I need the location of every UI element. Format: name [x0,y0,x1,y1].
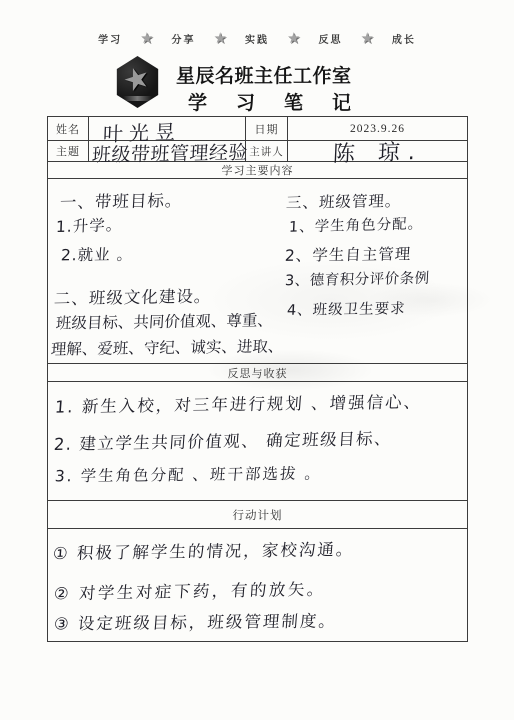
reflection-content-area: 1. 新生入校，对三年进行规划 、增强信心、 2. 建立学生共同价值观、 确定班… [48,382,467,501]
scanned-study-notes-page: 学习 ★ 分享 ★ 实践 ★ 反思 ★ 成长 ★ 星辰名班主任工作室 学习笔记 … [0,0,514,720]
handwritten-line: ① 积极了解学生的情况，家校沟通。 [52,536,355,564]
motto-word-practice: 实践 [245,31,269,46]
star-icon: ★ [140,31,153,46]
topic-handwritten-value: 班级带班管理经验 [91,138,248,168]
motto-word-study: 学习 [98,31,122,46]
name-label: 姓名 [48,117,89,140]
handwritten-line: ③ 设定班级目标，班级管理制度。 [53,608,338,635]
handwritten-line: 4、班级卫生要求 [286,297,406,320]
row-topic-speaker: 主题 班级带班管理经验 主讲人 陈 琼. [48,141,467,162]
logo-band [123,96,152,101]
main-content-area: 一、带班目标。 1.升学。 2.就业 。 二、班级文化建设。 班级目标、共同价值… [48,179,467,364]
speaker-handwritten-value: 陈 琼. [332,134,423,167]
handwritten-line: 1. 新生入校，对三年进行规划 、增强信心、 [54,388,423,417]
workshop-logo-badge: ★ [114,56,161,108]
action-plan-content-area: ① 积极了解学生的情况，家校沟通。 ② 对学生对症下药，有的放矢。 ③ 设定班级… [48,529,467,643]
handwritten-line: 2、学生自主管理 [284,242,412,266]
logo-star-icon: ★ [119,62,154,99]
handwritten-line: 3、德育积分评价条例 [284,267,430,291]
handwritten-line: 1、学生角色分配。 [289,212,424,237]
motto-strip: 学习 ★ 分享 ★ 实践 ★ 反思 ★ 成长 [0,31,514,46]
handwritten-line: ② 对学生对症下药，有的放矢。 [53,576,327,605]
speaker-label: 主讲人 [246,141,288,161]
date-label: 日期 [246,117,288,140]
motto-word-grow: 成长 [392,31,416,46]
section-header-action-plan: 行动计划 [48,501,467,529]
handwritten-line: 一、带班目标。 [59,187,183,213]
star-icon: ★ [360,31,373,46]
workshop-title: 星辰名班主任工作室 [176,61,352,88]
speaker-field: 陈 琼. [288,141,467,161]
topic-label: 主题 [48,141,89,161]
handwritten-line: 理解、爱班、守纪、诚实、进取、 [50,334,284,359]
handwritten-line: 3. 学生角色分配 、班干部选拔 。 [54,462,323,487]
handwritten-line: 班级目标、共同价值观、尊重、 [55,308,273,333]
section-header-reflection: 反思与收获 [48,364,467,382]
motto-word-reflect: 反思 [318,31,342,46]
handwritten-line: 1.升学。 [56,213,123,237]
star-icon: ★ [287,31,300,46]
handwritten-line: 二、班级文化建设。 [53,283,212,310]
handwritten-line: 2.就业 。 [60,243,134,266]
star-icon: ★ [214,31,227,46]
name-field: 叶光昱 [89,117,246,140]
motto-word-share: 分享 [172,31,196,46]
notes-form-table: 姓名 叶光昱 日期 2023.9.26 主题 班级带班管理经验 主讲人 陈 琼.… [47,116,468,642]
handwritten-line: 2. 建立学生共同价值观、 确定班级目标、 [53,425,393,455]
handwritten-line: 三、班级管理。 [285,189,402,213]
page-title: 学习笔记 [188,88,380,115]
date-value: 2023.9.26 [350,123,405,135]
topic-field: 班级带班管理经验 [89,141,246,161]
